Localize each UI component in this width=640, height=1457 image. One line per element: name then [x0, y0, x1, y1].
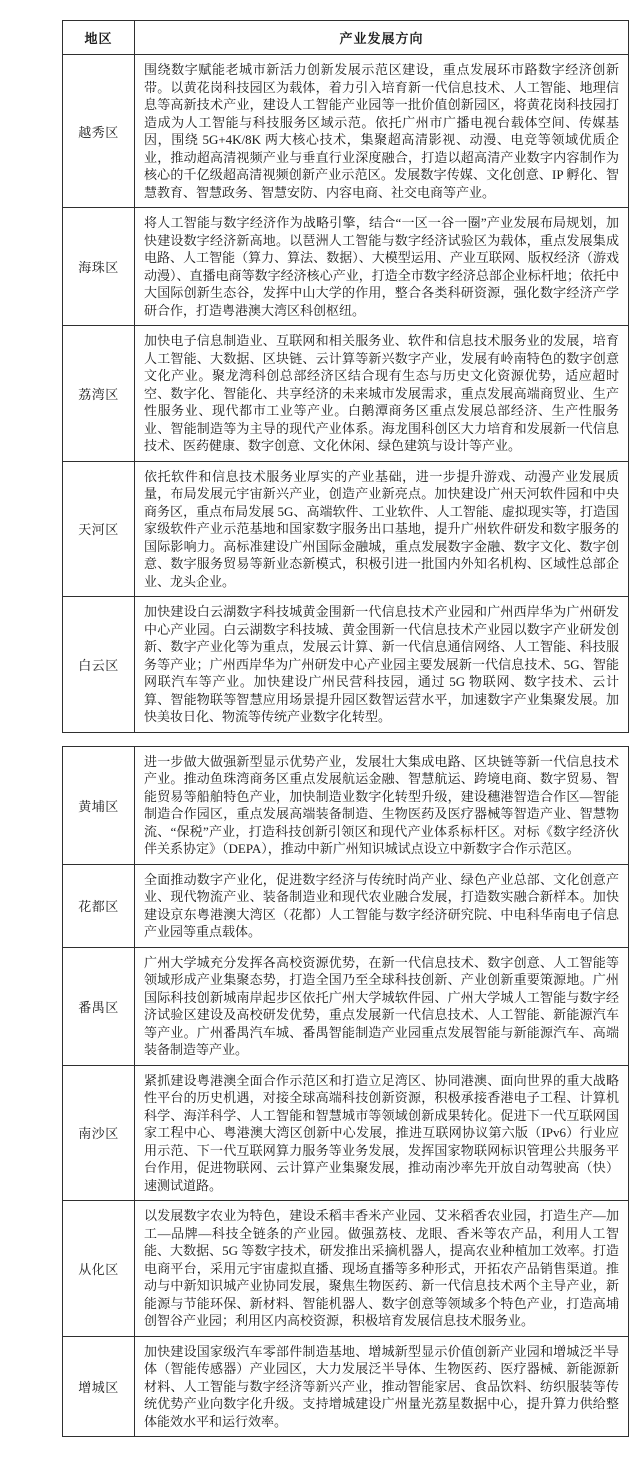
direction-text: 广州大学城充分发挥各高校资源优势，在新一代信息技术、数字创意、人工智能等领域形成…: [135, 947, 629, 1065]
region-name: 海珠区: [63, 208, 135, 326]
direction-text: 将人工智能与数字经济作为战略引擎，结合“一区一谷一圈”产业发展布局规划，加快建设…: [135, 208, 629, 326]
region-name: 越秀区: [63, 55, 135, 208]
table-row: 番禺区广州大学城充分发挥各高校资源优势，在新一代信息技术、数字创意、人工智能等领…: [63, 947, 629, 1065]
table-row: 天河区依托软件和信息技术服务业厚实的产业基础，进一步提升游戏、动漫产业发展质量，…: [63, 461, 629, 597]
table-header-row: 地区 产业发展方向: [63, 21, 629, 55]
table-row: 荔湾区加快电子信息制造业、互联网和相关服务业、软件和信息技术服务业的发展，培育人…: [63, 326, 629, 462]
column-header-direction: 产业发展方向: [135, 21, 629, 55]
direction-text: 紧抓建设粤港澳全面合作示范区和打造立足湾区、协同港澳、面向世界的重大战略性平台的…: [135, 1065, 629, 1201]
direction-text: 依托软件和信息技术服务业厚实的产业基础，进一步提升游戏、动漫产业发展质量，布局发…: [135, 461, 629, 597]
region-industry-table-part2: 黄埔区进一步做大做强新型显示优势产业，发展壮大集成电路、区块链等新一代信息技术产…: [62, 746, 629, 1438]
table-row: 白云区加快建设白云湖数字科技城黄金围新一代信息技术产业园和广州西岸华为广州研发中…: [63, 597, 629, 733]
region-name: 番禺区: [63, 947, 135, 1065]
document-page: 地区 产业发展方向 越秀区围绕数字赋能老城市新活力创新发展示范区建设，重点发展环…: [0, 0, 640, 1457]
direction-text: 围绕数字赋能老城市新活力创新发展示范区建设，重点发展环市路数字经济创新带。以黄花…: [135, 55, 629, 208]
table-row: 增城区加快建设国家级汽车零部件制造基地、增城新型显示价值创新产业园和增城泛半导体…: [63, 1336, 629, 1437]
direction-text: 进一步做大做强新型显示优势产业，发展壮大集成电路、区块链等新一代信息技术产业。推…: [135, 746, 629, 864]
region-name: 花都区: [63, 864, 135, 947]
direction-text: 加快建设白云湖数字科技城黄金围新一代信息技术产业园和广州西岸华为广州研发中心产业…: [135, 597, 629, 733]
column-header-region: 地区: [63, 21, 135, 55]
table-row: 从化区以发展数字农业为特色，建设禾稻丰香米产业园、艾米稻香农业园，打造生产—加工…: [63, 1201, 629, 1337]
region-name: 从化区: [63, 1201, 135, 1337]
direction-text: 加快建设国家级汽车零部件制造基地、增城新型显示价值创新产业园和增城泛半导体（智能…: [135, 1336, 629, 1437]
direction-text: 加快电子信息制造业、互联网和相关服务业、软件和信息技术服务业的发展，培育人工智能…: [135, 326, 629, 462]
table-row: 黄埔区进一步做大做强新型显示优势产业，发展壮大集成电路、区块链等新一代信息技术产…: [63, 746, 629, 864]
table-row: 南沙区紧抓建设粤港澳全面合作示范区和打造立足湾区、协同港澳、面向世界的重大战略性…: [63, 1065, 629, 1201]
table-row: 越秀区围绕数字赋能老城市新活力创新发展示范区建设，重点发展环市路数字经济创新带。…: [63, 55, 629, 208]
direction-text: 全面推动数字产业化，促进数字经济与传统时尚产业、绿色产业总部、文化创意产业、现代…: [135, 864, 629, 947]
region-name: 白云区: [63, 597, 135, 733]
region-industry-table-part1: 地区 产业发展方向 越秀区围绕数字赋能老城市新活力创新发展示范区建设，重点发展环…: [62, 20, 629, 733]
region-name: 南沙区: [63, 1065, 135, 1201]
region-name: 荔湾区: [63, 326, 135, 462]
table-row: 海珠区将人工智能与数字经济作为战略引擎，结合“一区一谷一圈”产业发展布局规划，加…: [63, 208, 629, 326]
region-name: 天河区: [63, 461, 135, 597]
region-name: 黄埔区: [63, 746, 135, 864]
direction-text: 以发展数字农业为特色，建设禾稻丰香米产业园、艾米稻香农业园，打造生产—加工—品牌…: [135, 1201, 629, 1337]
table-row: 花都区全面推动数字产业化，促进数字经济与传统时尚产业、绿色产业总部、文化创意产业…: [63, 864, 629, 947]
region-name: 增城区: [63, 1336, 135, 1437]
